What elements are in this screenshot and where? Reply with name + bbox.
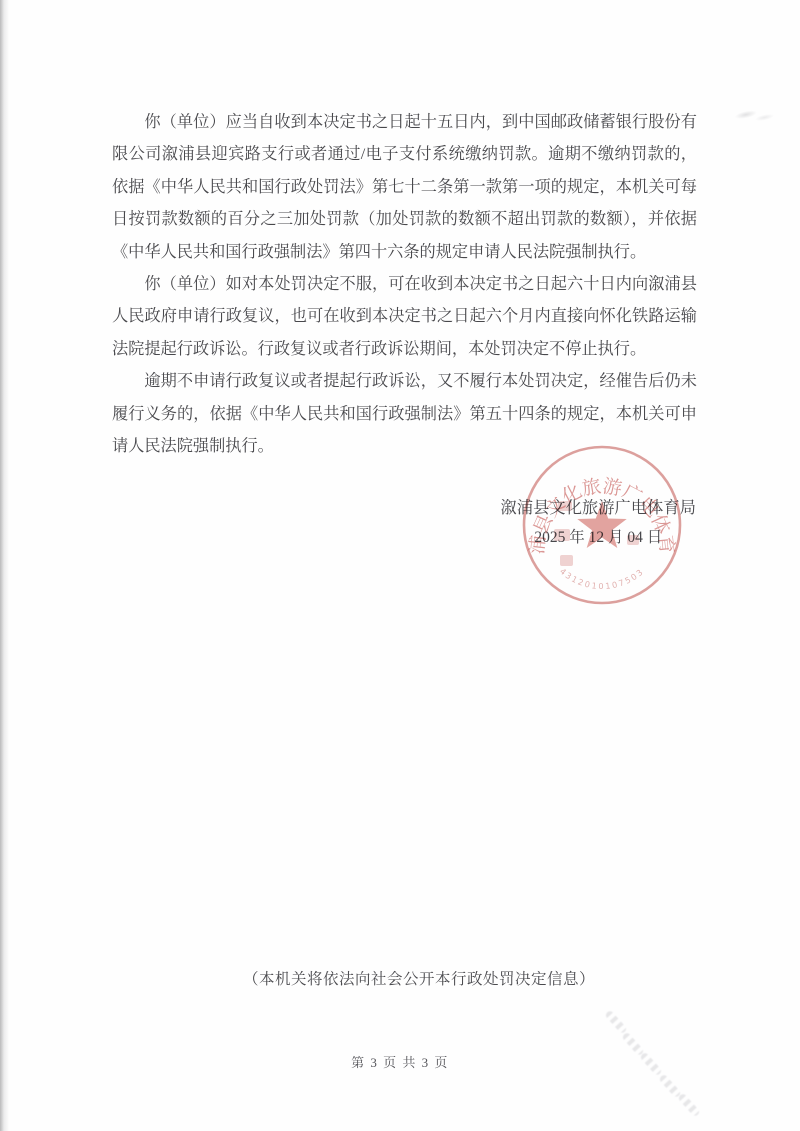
signature-block: 溆浦县文化旅游广电体育局 2025 年 12 月 04 日 [501, 499, 696, 546]
issuing-authority: 溆浦县文化旅游广电体育局 [501, 499, 696, 517]
paragraph-payment-instructions: 你（单位）应当自收到本决定书之日起十五日内，到中国邮政储蓄银行股份有限公司溆浦县… [112, 106, 697, 268]
disclosure-note: （本机关将依法向社会公开本行政处罚决定信息） [0, 967, 800, 989]
scan-scuff-top-right [731, 100, 779, 131]
scan-scuff-streak [677, 1093, 700, 1118]
scan-scuff-streak [604, 1010, 627, 1035]
scanned-document-page: 你（单位）应当自收到本决定书之日起十五日内，到中国邮政储蓄银行股份有限公司溆浦县… [0, 0, 800, 1131]
decision-date: 2025 年 12 月 04 日 [534, 529, 662, 546]
page-number: 第 3 页 共 3 页 [0, 1052, 800, 1071]
body-text: 你（单位）应当自收到本决定书之日起十五日内，到中国邮政储蓄银行股份有限公司溆浦县… [112, 106, 697, 462]
seal-code: 4312010107503 [558, 566, 646, 591]
scan-scuff-streak [658, 1074, 681, 1099]
paragraph-appeal-rights: 你（单位）如对本处罚决定不服，可在收到本决定书之日起六十日内向溆浦县人民政府申请… [112, 268, 697, 365]
paragraph-enforcement: 逾期不申请行政复议或者提起行政诉讼，又不履行本处罚决定，经催告后仍未履行义务的，… [112, 365, 697, 462]
scan-edge-shadow [0, 0, 9, 1131]
